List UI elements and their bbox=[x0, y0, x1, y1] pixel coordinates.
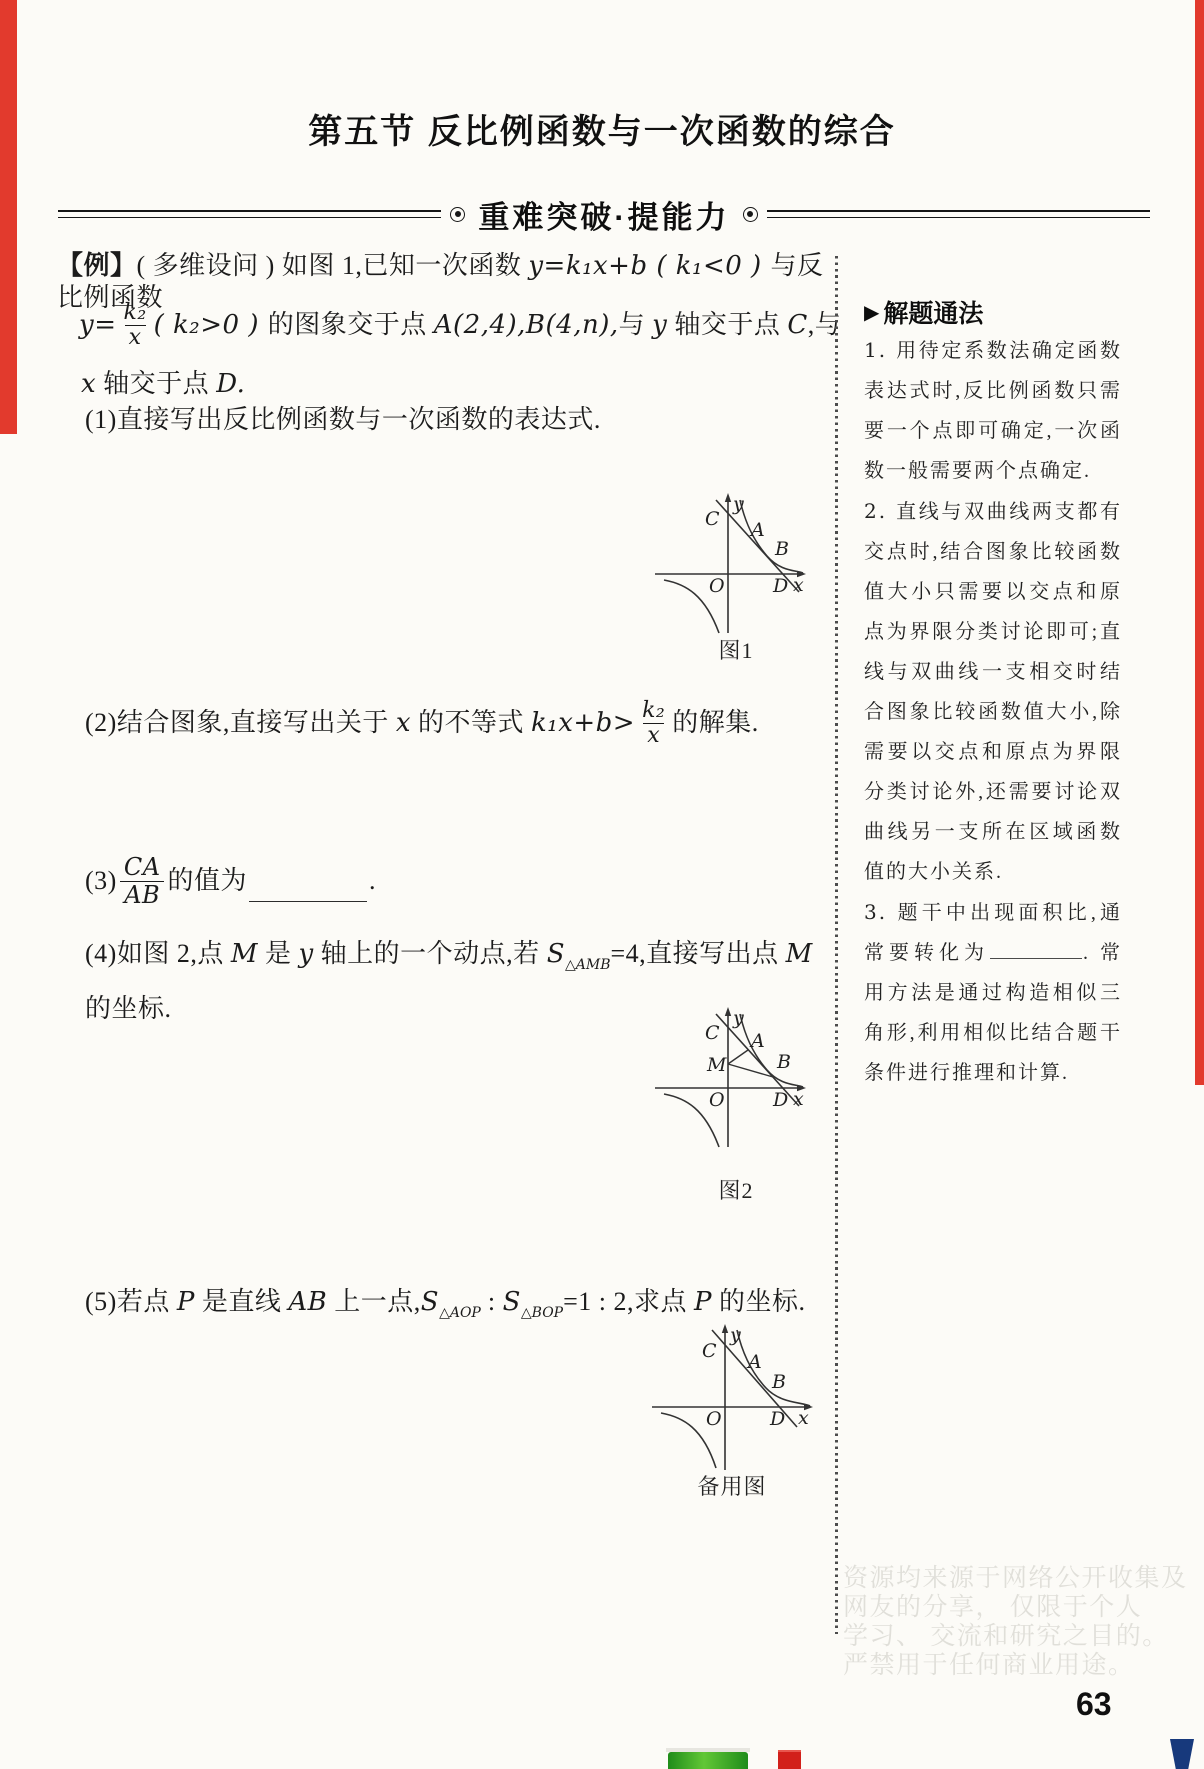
fig1-caption: 图1 bbox=[718, 638, 753, 663]
fig2-label-M: M bbox=[706, 1054, 727, 1076]
question-2-tail: 的解集. bbox=[672, 707, 759, 739]
question-3-number: (3) bbox=[85, 865, 117, 897]
watermark: 资源均来源于网络公开收集及 网友的分享， 仅限于个人 学习、 交流和研究之目的。… bbox=[843, 1564, 1203, 1680]
textbook-page: 第五节 反比例函数与一次函数的综合 重难突破·提能力 【例】( 多维设问 ) 如… bbox=[0, 0, 1204, 1769]
section-title: 第五节 反比例函数与一次函数的综合 bbox=[0, 104, 1204, 153]
bottom-navy-mark bbox=[1170, 1739, 1194, 1769]
example-line-2-prefix: y= bbox=[79, 309, 116, 341]
sidebar-item-1: 1. 用待定系数法确定函数表达式时,反比例函数只需要一个点即可确定,一次函数一般… bbox=[864, 330, 1122, 491]
q3-answer-blank bbox=[249, 877, 367, 902]
q2-fraction-denominator: x bbox=[643, 723, 664, 748]
sidebar-item-3: 3. 题干中出现面积比,通常要转化为. 常用方法是通过构造相似三角形,利用相似比… bbox=[864, 892, 1122, 1093]
fig1-label-A: A bbox=[749, 519, 765, 541]
q2-fraction-numerator: k₂ bbox=[638, 699, 669, 723]
sidebar-title: 解题通法 bbox=[883, 294, 983, 330]
figure-spare: y C A B O D x 备用图 bbox=[562, 1322, 820, 1502]
question-2: (2)结合图象,直接写出关于 x 的不等式 k₁x+b> k₂ x 的解集. bbox=[85, 690, 759, 756]
fig1-label-D: D bbox=[772, 575, 788, 597]
fig1-label-x: x bbox=[793, 574, 804, 596]
figure-2: y C A M B O D x 图2 bbox=[570, 1006, 810, 1204]
q3-fraction-denominator: AB bbox=[120, 881, 164, 909]
page-number: 63 bbox=[1076, 1686, 1112, 1723]
fig2-label-B: B bbox=[776, 1051, 791, 1073]
sidebar-item-3-blank bbox=[990, 940, 1082, 959]
fig1-label-O: O bbox=[709, 575, 725, 597]
sidebar-header: ▶ 解题通法 bbox=[864, 294, 1134, 330]
fig3-label-D: D bbox=[769, 1408, 785, 1430]
fig1-label-y: y bbox=[732, 493, 744, 515]
fig3-label-O: O bbox=[706, 1408, 722, 1430]
question-3-text: 的值为 bbox=[168, 865, 248, 897]
banner-right-ring-icon bbox=[743, 207, 758, 222]
right-red-edge-bar bbox=[1195, 0, 1204, 1085]
fraction-denominator: x bbox=[125, 325, 146, 350]
fig3-label-C: C bbox=[702, 1340, 717, 1362]
question-3: (3) CA AB 的值为 . bbox=[85, 846, 376, 916]
fig3-label-y: y bbox=[729, 1324, 741, 1346]
question-2-text: (2)结合图象,直接写出关于 x 的不等式 k₁x+b> bbox=[85, 707, 635, 739]
example-line-3: x 轴交于点 D. bbox=[81, 368, 781, 400]
sidebar-item-2: 2. 直线与双曲线两支都有交点时,结合图象比较函数值大小只需要以交点和原点为界限… bbox=[864, 491, 1122, 892]
fig3-caption: 备用图 bbox=[697, 1474, 766, 1499]
banner: 重难突破·提能力 bbox=[58, 194, 1150, 234]
watermark-line: 学习、 交流和研究之目的。 bbox=[843, 1622, 1203, 1651]
fraction-numerator: k₂ bbox=[119, 301, 150, 325]
fig2-segment-MA bbox=[728, 1050, 748, 1064]
fig2-caption: 图2 bbox=[718, 1178, 753, 1203]
fig2-y-arrow-icon bbox=[725, 1007, 731, 1016]
watermark-line: 严禁用于任何商业用途。 bbox=[843, 1651, 1203, 1680]
fig3-y-arrow-icon bbox=[722, 1324, 728, 1333]
fig1-label-B: B bbox=[774, 538, 789, 560]
fig3-label-B: B bbox=[771, 1371, 786, 1393]
triangle-bullet-icon: ▶ bbox=[864, 300, 879, 325]
figure-1: y C A B O D x 图1 bbox=[570, 492, 810, 664]
fig2-label-A: A bbox=[749, 1030, 765, 1052]
banner-right-rule bbox=[767, 210, 1150, 218]
banner-title: 重难突破·提能力 bbox=[474, 192, 733, 237]
question-1: (1)直接写出反比例函数与一次函数的表达式. bbox=[85, 404, 815, 436]
fig1-label-C: C bbox=[705, 508, 720, 530]
left-red-edge-bar bbox=[0, 0, 17, 434]
sidebar-body: 1. 用待定系数法确定函数表达式时,反比例函数只需要一个点即可确定,一次函数一般… bbox=[864, 330, 1122, 1093]
banner-left-ring-icon bbox=[450, 207, 465, 222]
bottom-red-mark bbox=[778, 1750, 801, 1769]
question-3-period: . bbox=[369, 865, 376, 897]
fig2-label-x: x bbox=[793, 1088, 804, 1110]
example-line-2-rest: ( k₂>0 ) 的图象交于点 A(2,4),B(4,n),与 y 轴交于点 C… bbox=[154, 309, 842, 341]
fig3-label-x: x bbox=[798, 1407, 809, 1429]
banner-left-rule bbox=[58, 210, 441, 218]
fig2-label-D: D bbox=[772, 1089, 788, 1111]
q3-fraction-CA-over-AB: CA AB bbox=[120, 854, 165, 909]
fig2-label-O: O bbox=[709, 1089, 725, 1111]
bottom-green-mark bbox=[668, 1752, 748, 1769]
fig2-label-C: C bbox=[705, 1022, 720, 1044]
watermark-line: 资源均来源于网络公开收集及 bbox=[843, 1564, 1203, 1593]
q3-fraction-numerator: CA bbox=[120, 854, 165, 881]
fig3-label-A: A bbox=[746, 1351, 762, 1373]
fraction-k2-over-x: k₂ x bbox=[119, 301, 150, 350]
column-divider bbox=[835, 256, 838, 1634]
fig2-label-y: y bbox=[732, 1007, 744, 1029]
fig1-y-arrow-icon bbox=[725, 493, 731, 502]
example-line-2: y= k₂ x ( k₂>0 ) 的图象交于点 A(2,4),B(4,n),与 … bbox=[79, 292, 839, 358]
q2-fraction-k2-over-x: k₂ x bbox=[638, 699, 669, 748]
watermark-line: 网友的分享， 仅限于个人 bbox=[843, 1593, 1203, 1622]
